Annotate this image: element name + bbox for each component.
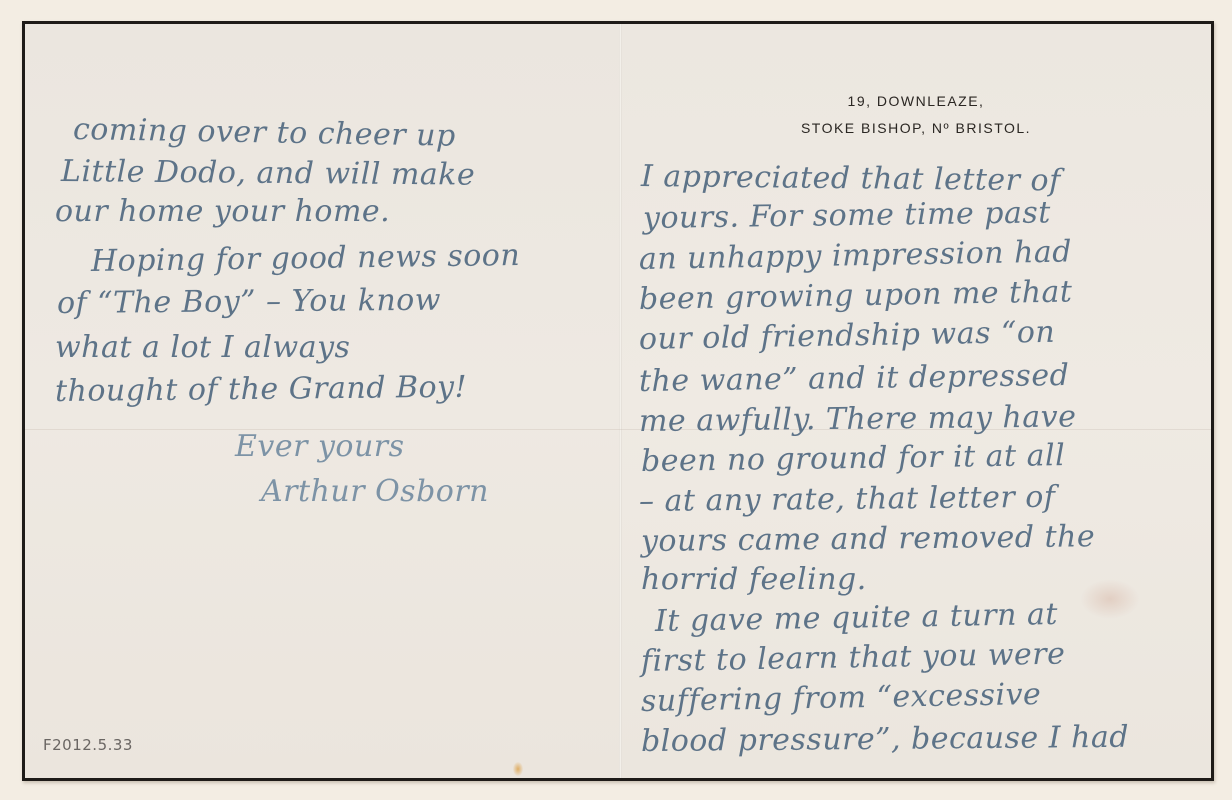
left-line-5: of “The Boy” – You know <box>57 283 441 322</box>
left-line-1: coming over to cheer up <box>73 112 456 155</box>
left-signature: Arthur Osborn <box>261 474 489 510</box>
right-line-8: been no ground for it at all <box>641 438 1066 480</box>
scanned-letter: 19, DOWNLEAZE, STOKE BISHOP, Nº BRISTOL.… <box>0 0 1232 800</box>
left-line-7: thought of the Grand Boy! <box>55 370 467 410</box>
left-line-3: our home your home. <box>55 194 390 230</box>
letterhead-address-line2: STOKE BISHOP, Nº BRISTOL. <box>621 120 1211 136</box>
right-line-5: our old friendship was “on <box>639 315 1056 358</box>
right-line-7: me awfully. There may have <box>639 399 1077 440</box>
right-line-1: I appreciated that letter of <box>641 159 1061 199</box>
right-line-6: the wane” and it depressed <box>639 358 1070 400</box>
right-line-12: It gave me quite a turn at <box>655 597 1058 640</box>
left-line-2: Little Dodo, and will make <box>61 154 475 194</box>
right-line-9: – at any rate, that letter of <box>639 480 1056 520</box>
right-line-15: blood pressure”, because I had <box>641 720 1129 760</box>
right-line-10: yours came and removed the <box>641 519 1096 560</box>
accession-number: F2012.5.33 <box>43 736 133 754</box>
right-line-4: been growing upon me that <box>639 274 1073 318</box>
center-fold <box>619 24 622 778</box>
left-line-6: what a lot I always <box>55 330 350 366</box>
left-line-4: Hoping for good news soon <box>91 238 521 280</box>
letter-sheet: 19, DOWNLEAZE, STOKE BISHOP, Nº BRISTOL.… <box>22 21 1214 781</box>
letterhead-address-line1: 19, DOWNLEAZE, <box>621 93 1211 109</box>
right-line-13: first to learn that you were <box>641 637 1066 680</box>
right-line-2: yours. For some time past <box>643 195 1051 237</box>
right-line-14: suffering from “excessive <box>641 677 1042 720</box>
left-closing: Ever yours <box>235 429 405 465</box>
right-line-11: horrid feeling. <box>641 562 867 598</box>
right-line-3: an unhappy impression had <box>639 234 1073 278</box>
